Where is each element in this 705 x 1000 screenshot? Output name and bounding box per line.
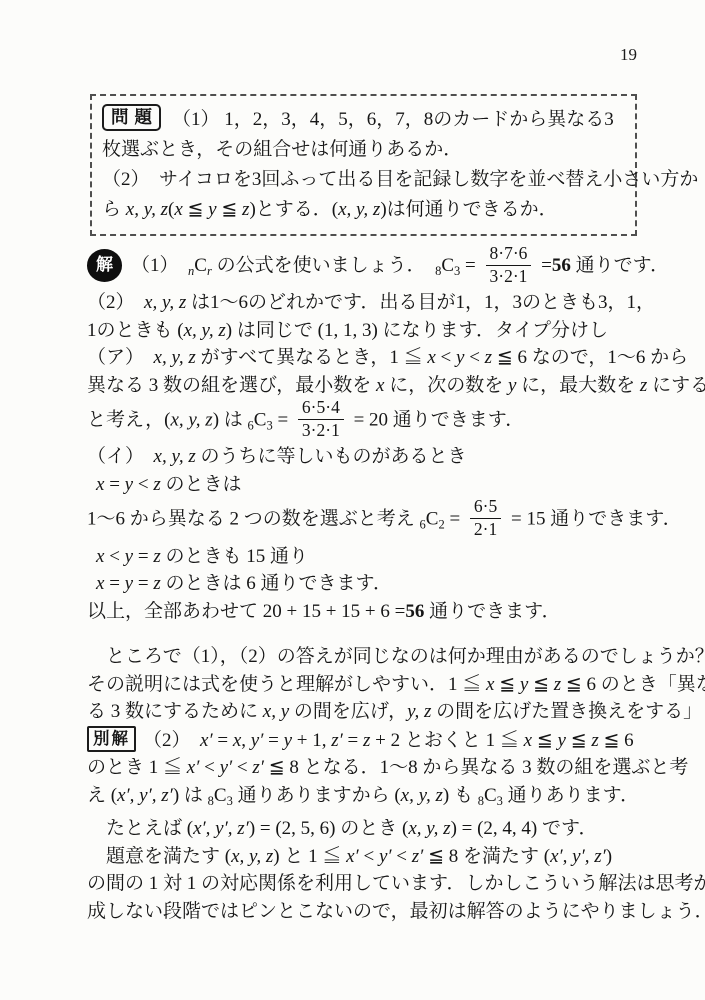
solution-line: 解（1） nCr の公式を使いましょう． 8C3 = 8·7·63·2·1 =5… xyxy=(87,245,637,289)
solution-badge: 解 xyxy=(87,249,122,282)
solution-line: x = y = z のときは 6 通りできます． xyxy=(87,570,637,598)
problem-box: 問題（1） 1，2，3，4，5，6，7，8のカードから異なる3 枚選ぶとき，その… xyxy=(90,94,637,236)
discussion-line: る 3 数にするために x, y の間を広げ，y, z の間を広げた置き換えをす… xyxy=(87,698,637,726)
solution-line: と考え，(x, y, z) は 6C3 = 6·5·43·2·1 = 20 通り… xyxy=(87,399,637,443)
solution-text: （1） nCr の公式を使いましょう． 8C3 = 8·7·63·2·1 =56… xyxy=(131,255,669,276)
solution-line: 以上，全部あわせて 20 + 15 + 15 + 6 =56 通りできます． xyxy=(87,598,637,626)
discussion-section: ところで（1），（2）の答えが同じなのは何か理由があるのでしょうか？ その説明に… xyxy=(87,643,637,925)
discussion-line: え (x′, y′, z′) は 8C3 通りありますから (x, y, z) … xyxy=(87,782,637,816)
solution-line: x < y = z のときも 15 通り xyxy=(87,543,637,571)
discussion-line: 題意を満たす (x, y, z) と 1 ≦ x′ < y′ < z′ ≦ 8 … xyxy=(87,843,637,871)
problem-line: ら x, y, z(x ≦ y ≦ z)とする．(x, y, z)は何通りできる… xyxy=(102,195,625,225)
problem-line: 問題（1） 1，2，3，4，5，6，7，8のカードから異なる3 xyxy=(102,104,625,135)
solution-line: 異なる 3 数の組を選び，最小数を x に，次の数を y に，最大数を z にす… xyxy=(87,372,637,400)
alt-solution-label: 別解 xyxy=(87,726,136,752)
problem-line: 枚選ぶとき，その組合せは何通りあるか． xyxy=(102,135,625,165)
page-number: 19 xyxy=(87,45,637,65)
problem-line: （2） サイコロを3回ふって出る目を記録し数字を並べ替え小さい方か xyxy=(102,165,625,195)
alt-solution-line: 別解（2） x′ = x, y′ = y + 1, z′ = z + 2 とおく… xyxy=(87,726,637,755)
solution-line: （ア） x, y, z がすべて異なるとき，1 ≦ x < y < z ≦ 6 … xyxy=(87,344,637,372)
problem-text: （1） 1，2，3，4，5，6，7，8のカードから異なる3 xyxy=(172,109,614,130)
discussion-line: その説明には式を使うと理解がしやすい．1 ≦ x ≦ y ≦ z ≦ 6 のとき… xyxy=(87,671,637,699)
alt-solution-text: （2） x′ = x, y′ = y + 1, z′ = z + 2 とおくと … xyxy=(143,730,634,751)
solution-line: x = y < z のときは xyxy=(87,471,637,499)
discussion-line: のとき 1 ≦ x′ < y′ < z′ ≦ 8 となる．1〜8 から異なる 3… xyxy=(87,754,637,782)
solution-line: （イ） x, y, z のうちに等しいものがあるとき xyxy=(87,443,637,471)
discussion-line: たとえば (x′, y′, z′) = (2, 5, 6) のとき (x, y,… xyxy=(87,815,637,843)
textbook-page: 19 問題（1） 1，2，3，4，5，6，7，8のカードから異なる3 枚選ぶとき… xyxy=(0,0,705,1000)
solution-line: 1のときも (x, y, z) は同じで (1, 1, 3) になります．タイプ… xyxy=(87,317,637,345)
solution-section: 解（1） nCr の公式を使いましょう． 8C3 = 8·7·63·2·1 =5… xyxy=(87,245,637,625)
discussion-line: 成しない段階ではピンとこないので，最初は解答のようにやりましょう． xyxy=(87,898,637,926)
solution-line: （2） x, y, z は1〜6のどれかです．出る目が1，1，3のときも3，1， xyxy=(87,289,637,317)
solution-line: 1〜6 から異なる 2 つの数を選ぶと考え 6C2 = 6·52·1 = 15 … xyxy=(87,498,637,542)
discussion-line: ところで（1），（2）の答えが同じなのは何か理由があるのでしょうか？ xyxy=(87,643,637,671)
problem-label: 問題 xyxy=(102,104,161,131)
discussion-line: の間の 1 対 1 の対応関係を利用しています．しかしこういう解法は思考が熟 xyxy=(87,870,637,898)
